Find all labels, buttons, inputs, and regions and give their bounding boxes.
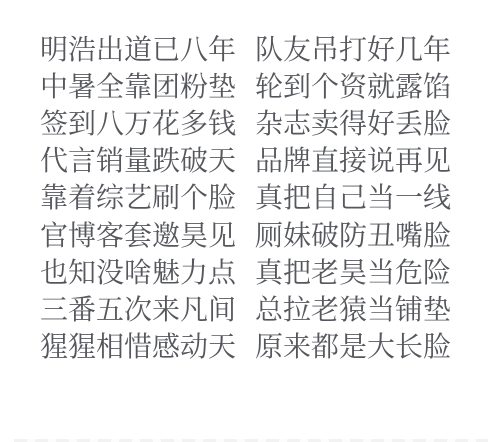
verse-left-phrase: 明浩出道已八年 xyxy=(40,36,236,64)
verse-left-phrase: 三番五次来凡间 xyxy=(40,296,236,324)
verse-row: 三番五次来凡间 总拉老猿当铺垫 xyxy=(40,291,451,328)
verse-row: 猩猩相惜感动天 原来都是大长脸 xyxy=(40,329,451,366)
screenshot-page: 明浩出道已八年 队友吊打好几年 中暑全靠团粉垫 轮到个资就露馅 签到八万花多钱 … xyxy=(0,0,500,442)
verse-left-phrase: 代言销量跌破天 xyxy=(40,147,236,175)
verse-left-phrase: 签到八万花多钱 xyxy=(40,110,236,138)
verse-right-phrase: 真把自己当一线 xyxy=(255,184,451,212)
verse-left-phrase: 猩猩相惜感动天 xyxy=(40,333,236,361)
verse-row: 代言销量跌破天 品牌直接说再见 xyxy=(40,143,451,180)
verse-right-phrase: 杂志卖得好丢脸 xyxy=(255,110,451,138)
verse-right-phrase: 轮到个资就露馅 xyxy=(255,73,451,101)
verse-right-phrase: 真把老昊当危险 xyxy=(255,259,451,287)
verse-left-phrase: 也知没啥魅力点 xyxy=(40,259,236,287)
verse-row: 靠着综艺刷个脸 真把自己当一线 xyxy=(40,180,451,217)
verse-right-phrase: 品牌直接说再见 xyxy=(255,147,451,175)
verse-right-phrase: 总拉老猿当铺垫 xyxy=(255,296,451,324)
verse-row: 官博客套邀昊见 厕妹破防丑嘴脸 xyxy=(40,217,451,254)
verse-right-phrase: 厕妹破防丑嘴脸 xyxy=(255,222,451,250)
verse-right-phrase: 队友吊打好几年 xyxy=(255,36,451,64)
verse-row: 也知没啥魅力点 真把老昊当危险 xyxy=(40,254,451,291)
verse-left-phrase: 中暑全靠团粉垫 xyxy=(40,73,236,101)
verse-row: 明浩出道已八年 队友吊打好几年 xyxy=(40,31,451,68)
verse-left-phrase: 靠着综艺刷个脸 xyxy=(40,184,236,212)
verse-row: 中暑全靠团粉垫 轮到个资就露馅 xyxy=(40,68,451,105)
verse-left-phrase: 官博客套邀昊见 xyxy=(40,222,236,250)
verse-row: 签到八万花多钱 杂志卖得好丢脸 xyxy=(40,105,451,142)
verse-block: 明浩出道已八年 队友吊打好几年 中暑全靠团粉垫 轮到个资就露馅 签到八万花多钱 … xyxy=(40,31,451,366)
verse-right-phrase: 原来都是大长脸 xyxy=(255,333,451,361)
